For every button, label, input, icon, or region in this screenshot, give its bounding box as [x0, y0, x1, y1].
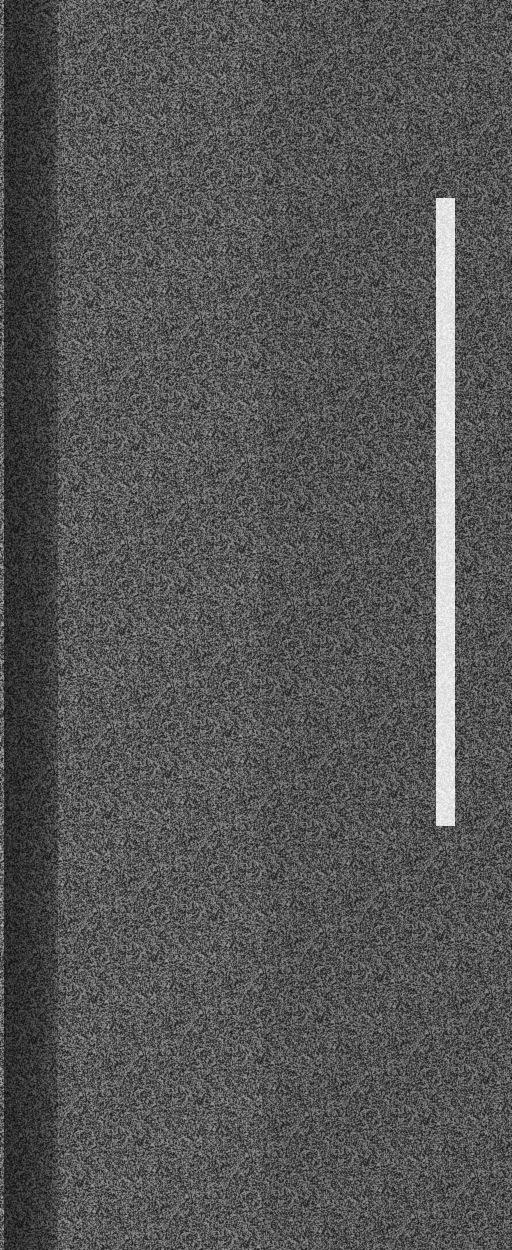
- road-surface: [0, 0, 512, 1250]
- asphalt-texture: [0, 0, 512, 1250]
